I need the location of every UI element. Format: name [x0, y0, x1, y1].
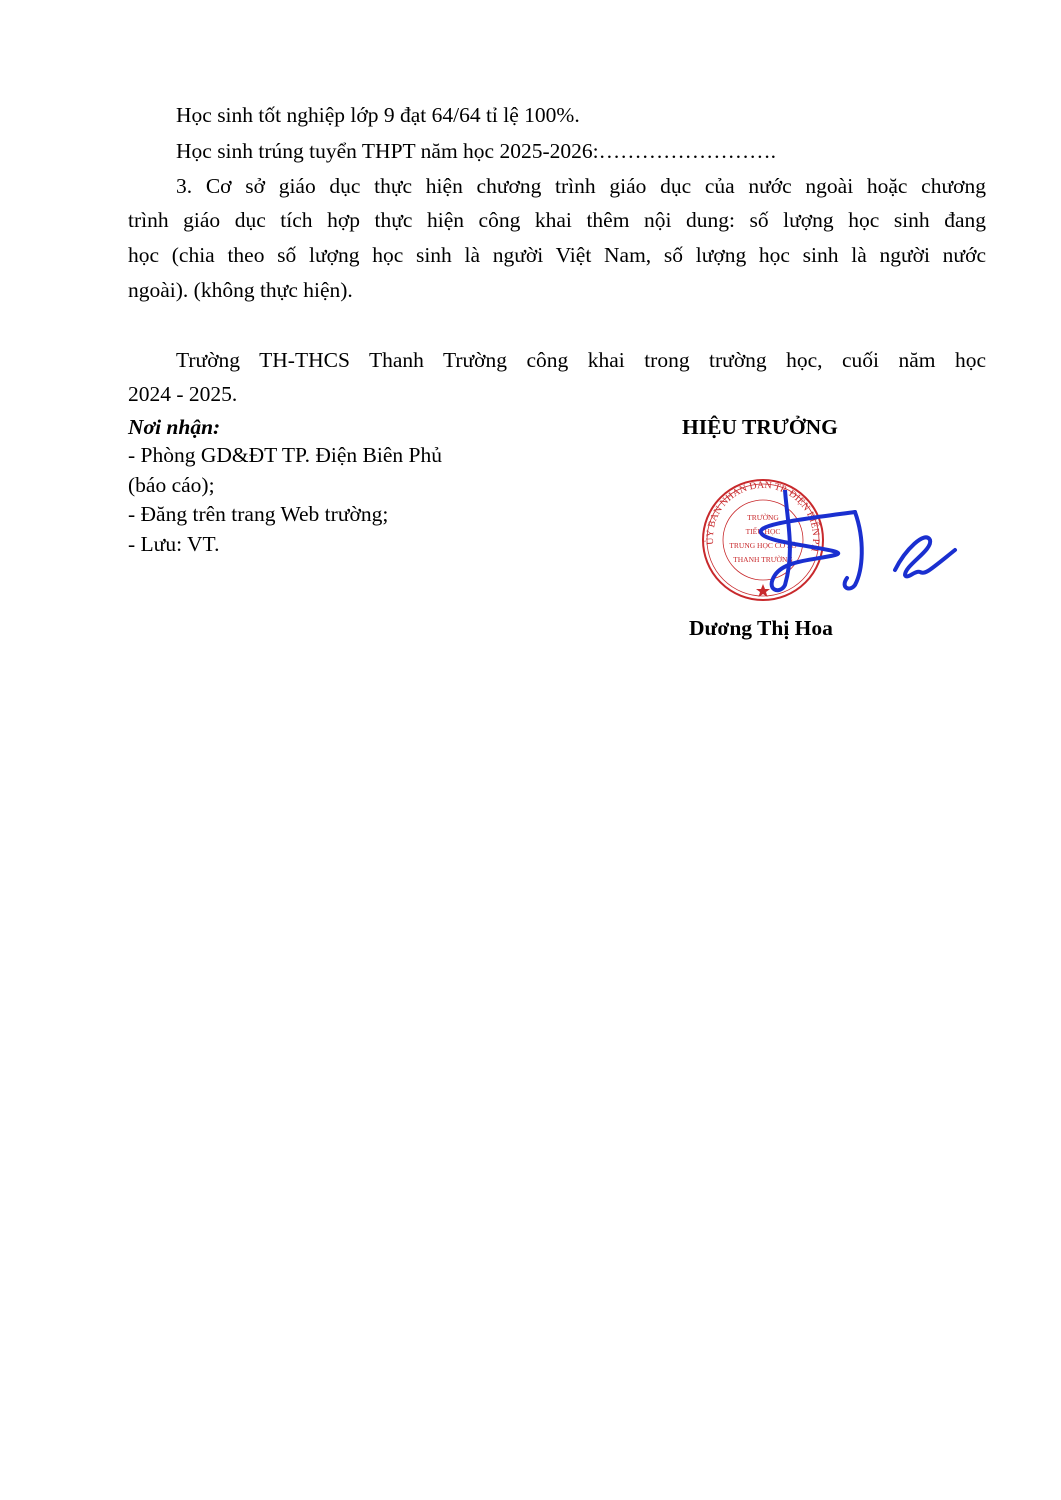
recipient-item: - Phòng GD&ĐT TP. Điện Biên Phủ	[128, 441, 442, 469]
section-3-line-4: ngoài). (không thực hiện).	[128, 276, 353, 304]
signer-name: Dương Thị Hoa	[689, 614, 833, 642]
recipient-item: (báo cáo);	[128, 471, 215, 499]
recipients-title: Nơi nhận:	[128, 413, 220, 441]
graduation-rate-text: Học sinh tốt nghiệp lớp 9 đạt 64/64 tỉ l…	[176, 101, 580, 129]
admission-text: Học sinh trúng tuyển THPT năm học 2025-2…	[176, 137, 776, 165]
recipient-item: - Lưu: VT.	[128, 530, 219, 558]
recipient-item: - Đăng trên trang Web trường;	[128, 500, 388, 528]
section-3-line-3: học (chia theo số lượng học sinh là ngườ…	[128, 241, 986, 269]
handwritten-signature-icon	[755, 490, 970, 600]
section-3-line-2: trình giáo dục tích hợp thực hiện công k…	[128, 206, 986, 234]
section-3-line-1: 3. Cơ sở giáo dục thực hiện chương trình…	[176, 172, 986, 200]
signer-role: HIỆU TRƯỞNG	[682, 413, 838, 441]
closing-line-1: Trường TH-THCS Thanh Trường công khai tr…	[176, 346, 986, 374]
closing-line-2: 2024 - 2025.	[128, 380, 237, 408]
